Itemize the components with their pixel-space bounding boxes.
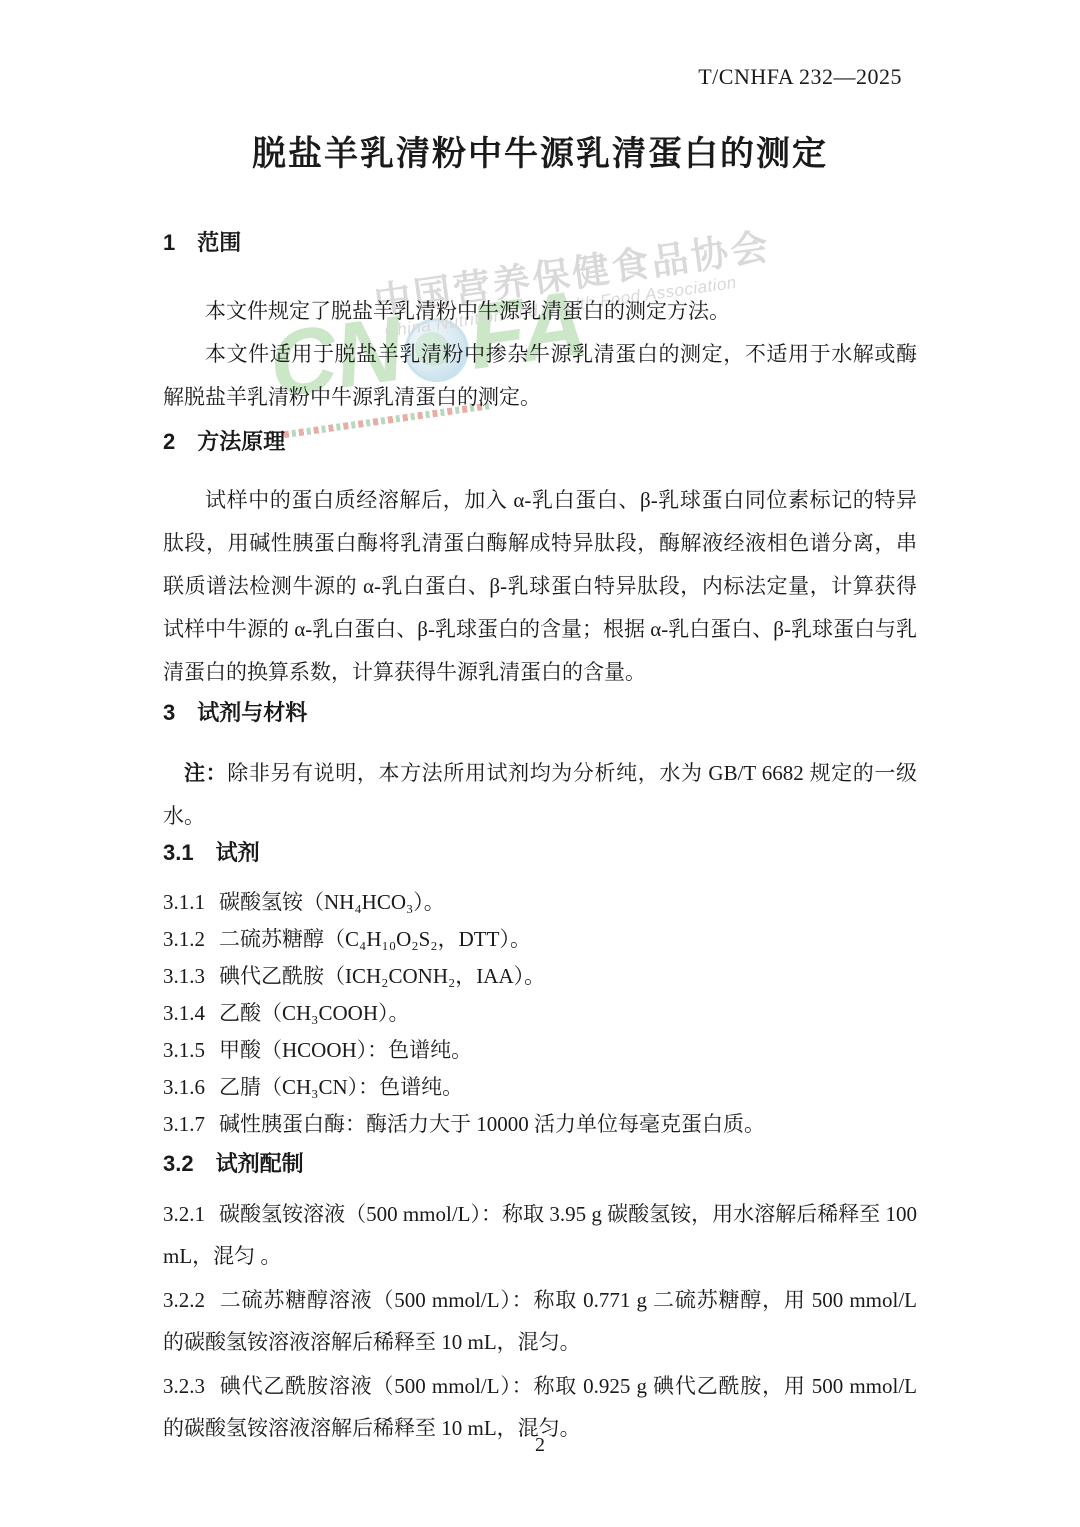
heading-text: 试剂 bbox=[216, 840, 260, 865]
document-title: 脱盐羊乳清粉中牛源乳清蛋白的测定 bbox=[0, 126, 1080, 175]
clause-text: 碳酸氢铵（NH₄HCO₃）。 bbox=[219, 890, 445, 914]
clause-3.1.6: 3.1.6乙腈（CH₃CN）：色谱纯。 bbox=[163, 1069, 917, 1106]
body-paragraph: 试样中的蛋白质经溶解后，加入 α-乳白蛋白、β-乳球蛋白同位素标记的特异肽段，用… bbox=[163, 479, 917, 694]
clause-text: 碘代乙酰胺（ICH₂CONH₂，IAA）。 bbox=[219, 964, 545, 988]
section-heading-1: 1范围 bbox=[163, 228, 917, 258]
clause-number: 3.2.3 bbox=[163, 1374, 205, 1398]
clause-number: 3.1.6 bbox=[163, 1075, 205, 1099]
note-label: 注： bbox=[184, 761, 227, 785]
clause-3.1.5: 3.1.5甲酸（HCOOH）：色谱纯。 bbox=[163, 1032, 917, 1069]
reagent-note: 注：除非另有说明，本方法所用试剂均为分析纯，水为 GB/T 6682 规定的一级… bbox=[163, 752, 917, 838]
section-heading-3.1: 3.1试剂 bbox=[163, 838, 917, 868]
section-heading-3: 3试剂与材料 bbox=[163, 698, 917, 728]
heading-text: 试剂配制 bbox=[216, 1151, 304, 1176]
clause-number: 3.1.5 bbox=[163, 1038, 205, 1062]
clause-3.2.1: 3.2.1碳酸氢铵溶液（500 mmol/L）：称取 3.95 g 碳酸氢铵，用… bbox=[163, 1193, 917, 1277]
clause-text: 二硫苏糖醇（C₄H₁₀O₂S₂，DTT）。 bbox=[219, 927, 531, 951]
clause-number: 3.1.3 bbox=[163, 964, 205, 988]
clause-number: 3.2.2 bbox=[163, 1288, 205, 1312]
clause-text: 碳酸氢铵溶液（500 mmol/L）：称取 3.95 g 碳酸氢铵，用水溶解后稀… bbox=[163, 1202, 917, 1268]
section-heading-3.2: 3.2试剂配制 bbox=[163, 1149, 917, 1179]
clause-3.1.1: 3.1.1碳酸氢铵（NH₄HCO₃）。 bbox=[163, 884, 917, 921]
clause-text: 乙酸（CH₃COOH）。 bbox=[219, 1001, 410, 1025]
heading-text: 试剂与材料 bbox=[197, 700, 307, 725]
clause-number: 3.1.7 bbox=[163, 1112, 205, 1136]
clause-3.1.7: 3.1.7碱性胰蛋白酶：酶活力大于 10000 活力单位每毫克蛋白质。 bbox=[163, 1106, 917, 1143]
clause-number: 3.2.1 bbox=[163, 1202, 205, 1226]
document-body: 1范围本文件规定了脱盐羊乳清粉中牛源乳清蛋白的测定方法。本文件适用于脱盐羊乳清粉… bbox=[163, 222, 917, 1451]
heading-text: 范围 bbox=[197, 230, 241, 255]
heading-number: 3.1 bbox=[163, 838, 194, 868]
clause-3.1.2: 3.1.2二硫苏糖醇（C₄H₁₀O₂S₂，DTT）。 bbox=[163, 921, 917, 958]
clause-text: 碱性胰蛋白酶：酶活力大于 10000 活力单位每毫克蛋白质。 bbox=[219, 1112, 765, 1136]
clause-3.2.2: 3.2.2二硫苏糖醇溶液（500 mmol/L）：称取 0.771 g 二硫苏糖… bbox=[163, 1279, 917, 1363]
clause-number: 3.1.1 bbox=[163, 890, 205, 914]
clause-text: 甲酸（HCOOH）：色谱纯。 bbox=[219, 1038, 472, 1062]
heading-number: 2 bbox=[163, 427, 175, 457]
clause-3.1.4: 3.1.4乙酸（CH₃COOH）。 bbox=[163, 995, 917, 1032]
clause-number: 3.1.2 bbox=[163, 927, 205, 951]
heading-number: 1 bbox=[163, 228, 175, 258]
heading-number: 3 bbox=[163, 698, 175, 728]
heading-text: 方法原理 bbox=[197, 429, 285, 454]
heading-number: 3.2 bbox=[163, 1149, 194, 1179]
clause-text: 碘代乙酰胺溶液（500 mmol/L）：称取 0.925 g 碘代乙酰胺，用 5… bbox=[163, 1374, 917, 1440]
note-text: 除非另有说明，本方法所用试剂均为分析纯，水为 GB/T 6682 规定的一级水。 bbox=[163, 761, 917, 828]
clause-number: 3.1.4 bbox=[163, 1001, 205, 1025]
clause-3.1.3: 3.1.3碘代乙酰胺（ICH₂CONH₂，IAA）。 bbox=[163, 958, 917, 995]
standard-number-header: T/CNHFA 232—2025 bbox=[698, 64, 902, 90]
body-paragraph: 本文件规定了脱盐羊乳清粉中牛源乳清蛋白的测定方法。 bbox=[163, 290, 917, 333]
page-number: 2 bbox=[0, 1434, 1080, 1457]
clause-text: 二硫苏糖醇溶液（500 mmol/L）：称取 0.771 g 二硫苏糖醇，用 5… bbox=[163, 1288, 917, 1354]
body-paragraph: 本文件适用于脱盐羊乳清粉中掺杂牛源乳清蛋白的测定，不适用于水解或酶解脱盐羊乳清粉… bbox=[163, 333, 917, 419]
section-heading-2: 2方法原理 bbox=[163, 427, 917, 457]
clause-text: 乙腈（CH₃CN）：色谱纯。 bbox=[219, 1075, 463, 1099]
